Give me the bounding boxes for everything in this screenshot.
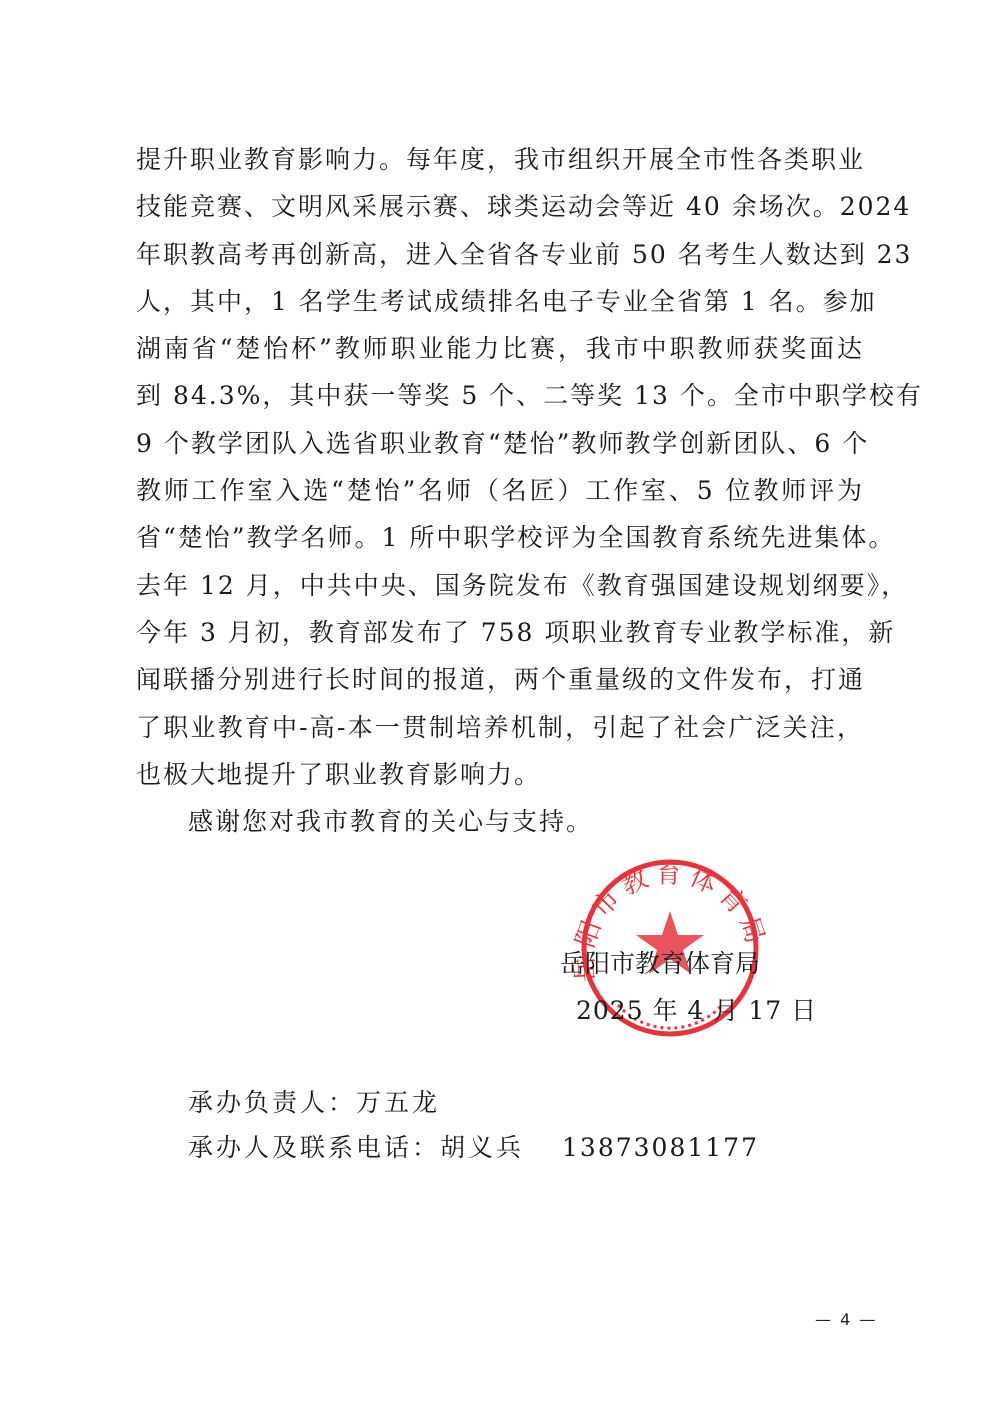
issue-date: 2025 年 4 月 17 日 [560,987,800,1034]
page-number: — 4 — [815,1310,877,1329]
body-line: 了职业教育中-高-本一贯制培养机制，引起了社会广泛关注， [136,704,864,751]
closing-remark: 感谢您对我市教育的关心与支持。 [136,798,864,845]
signature-block: 岳阳市教育体育局 2025 年 4 月 17 日 [560,940,800,1034]
handler-name: 胡义兵 [440,1133,524,1162]
handler-label: 承办人及联系电话： [188,1133,440,1162]
responsible-name: 万五龙 [356,1088,440,1117]
body-line: 教师工作室入选“楚怡”名师（名匠）工作室、5 位教师评为 [136,467,864,514]
body-line: 也极大地提升了职业教育影响力。 [136,751,864,798]
body-line: 湖南省“楚怡杯”教师职业能力比赛，我市中职教师获奖面达 [136,325,864,372]
body-line: 9 个教学团队入选省职业教育“楚怡”教师教学创新团队、6 个 [136,420,864,467]
body-line: 提升职业教育影响力。每年度，我市组织开展全市性各类职业 [136,136,864,183]
responsible-person-row: 承办负责人：万五龙 [188,1080,759,1125]
body-line: 人，其中，1 名学生考试成绩排名电子专业全省第 1 名。参加 [136,278,864,325]
body-line: 去年 12 月，中共中央、国务院发布《教育强国建设规划纲要》， [136,562,864,609]
contact-block: 承办负责人：万五龙 承办人及联系电话：胡义兵13873081177 [188,1080,759,1170]
responsible-label: 承办负责人： [188,1088,356,1117]
body-text: 提升职业教育影响力。每年度，我市组织开展全市性各类职业 技能竞赛、文明风采展示赛… [136,136,864,845]
body-line: 年职教高考再创新高，进入全省各专业前 50 名考生人数达到 23 [136,231,864,278]
document-page: 提升职业教育影响力。每年度，我市组织开展全市性各类职业 技能竞赛、文明风采展示赛… [0,0,1000,1414]
handler-phone: 13873081177 [562,1133,759,1162]
body-line: 今年 3 月初，教育部发布了 758 项职业教育专业教学标准，新 [136,609,864,656]
body-line: 闻联播分别进行长时间的报道，两个重量级的文件发布，打通 [136,656,864,703]
body-line: 到 84.3%，其中获一等奖 5 个、二等奖 13 个。全市中职学校有 [136,372,864,419]
handler-row: 承办人及联系电话：胡义兵13873081177 [188,1125,759,1170]
body-line: 技能竞赛、文明风采展示赛、球类运动会等近 40 余场次。2024 [136,183,864,230]
body-line: 省“楚怡”教学名师。1 所中职学校评为全国教育系统先进集体。 [136,514,864,561]
issuing-organization: 岳阳市教育体育局 [560,940,800,987]
